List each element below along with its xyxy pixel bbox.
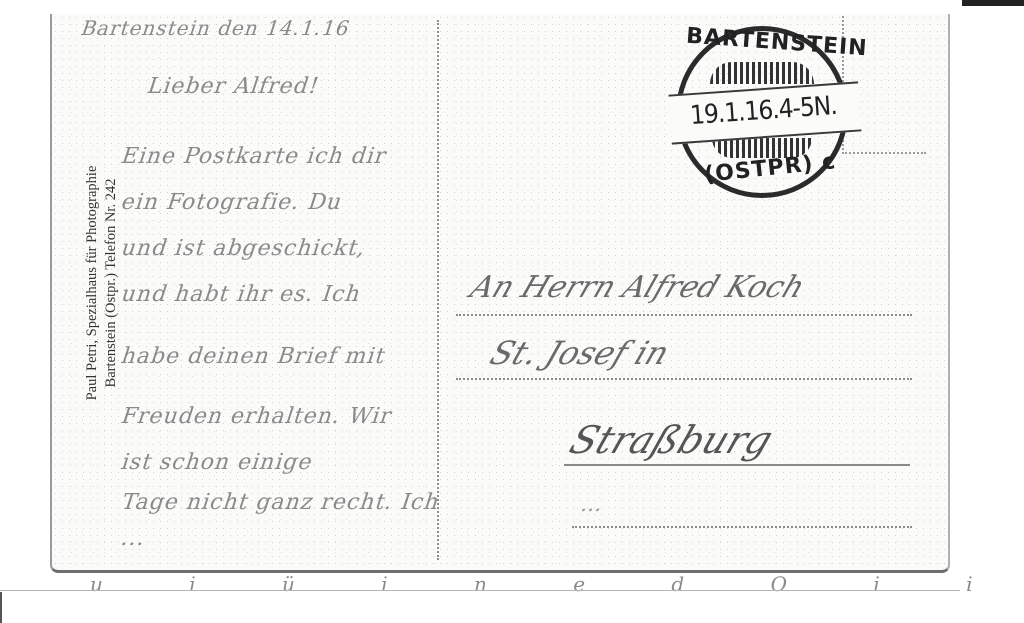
bottom-strip-handwriting: u i ü i n e d O i i O d xyxy=(90,572,1024,596)
message-line: Eine Postkarte ich dir xyxy=(118,144,391,169)
bottom-paper-edge xyxy=(0,590,960,591)
message-line: ist schon einige xyxy=(118,450,317,475)
address-street: St. Josef in xyxy=(485,334,674,372)
message-line: ein Fotografie. Du xyxy=(118,190,346,215)
address-rule-1 xyxy=(456,314,912,316)
publisher-line-1: Paul Petri, Spezialhaus für Photographie xyxy=(83,63,102,503)
postcard: Paul Petri, Spezialhaus für Photographie… xyxy=(50,14,950,573)
message-line: habe deinen Brief mit xyxy=(118,344,390,369)
message-line: und habt ihr es. Ich xyxy=(118,282,365,307)
message-line: Lieber Alfred! xyxy=(144,74,323,99)
center-divider xyxy=(437,20,439,560)
bottom-left-edge xyxy=(0,592,2,623)
postmark-stamp: BARTENSTEIN 19.1.16.4-5N. (OSTPR) c xyxy=(676,26,848,198)
publisher-line-2: Bartenstein (Ostpr.) Telefon Nr. 242 xyxy=(102,63,121,503)
message-line: Bartenstein den 14.1.16 xyxy=(78,16,354,40)
message-line: ... xyxy=(118,526,150,551)
address-recipient: An Herrn Alfred Koch xyxy=(466,270,810,305)
address-city: Straßburg xyxy=(564,418,779,462)
message-line: Freuden erhalten. Wir xyxy=(118,404,396,429)
publisher-imprint: Paul Petri, Spezialhaus für Photographie… xyxy=(83,63,121,503)
message-line: Tage nicht ganz recht. Ich xyxy=(118,490,444,515)
scan-edge-bar xyxy=(962,0,1024,6)
message-line: und ist abgeschickt, xyxy=(118,236,370,261)
address-extra: ... xyxy=(577,492,607,517)
address-rule-3 xyxy=(564,464,910,466)
address-rule-4 xyxy=(572,526,912,528)
address-rule-2 xyxy=(456,378,912,380)
postmark-hatch-top xyxy=(710,62,814,84)
